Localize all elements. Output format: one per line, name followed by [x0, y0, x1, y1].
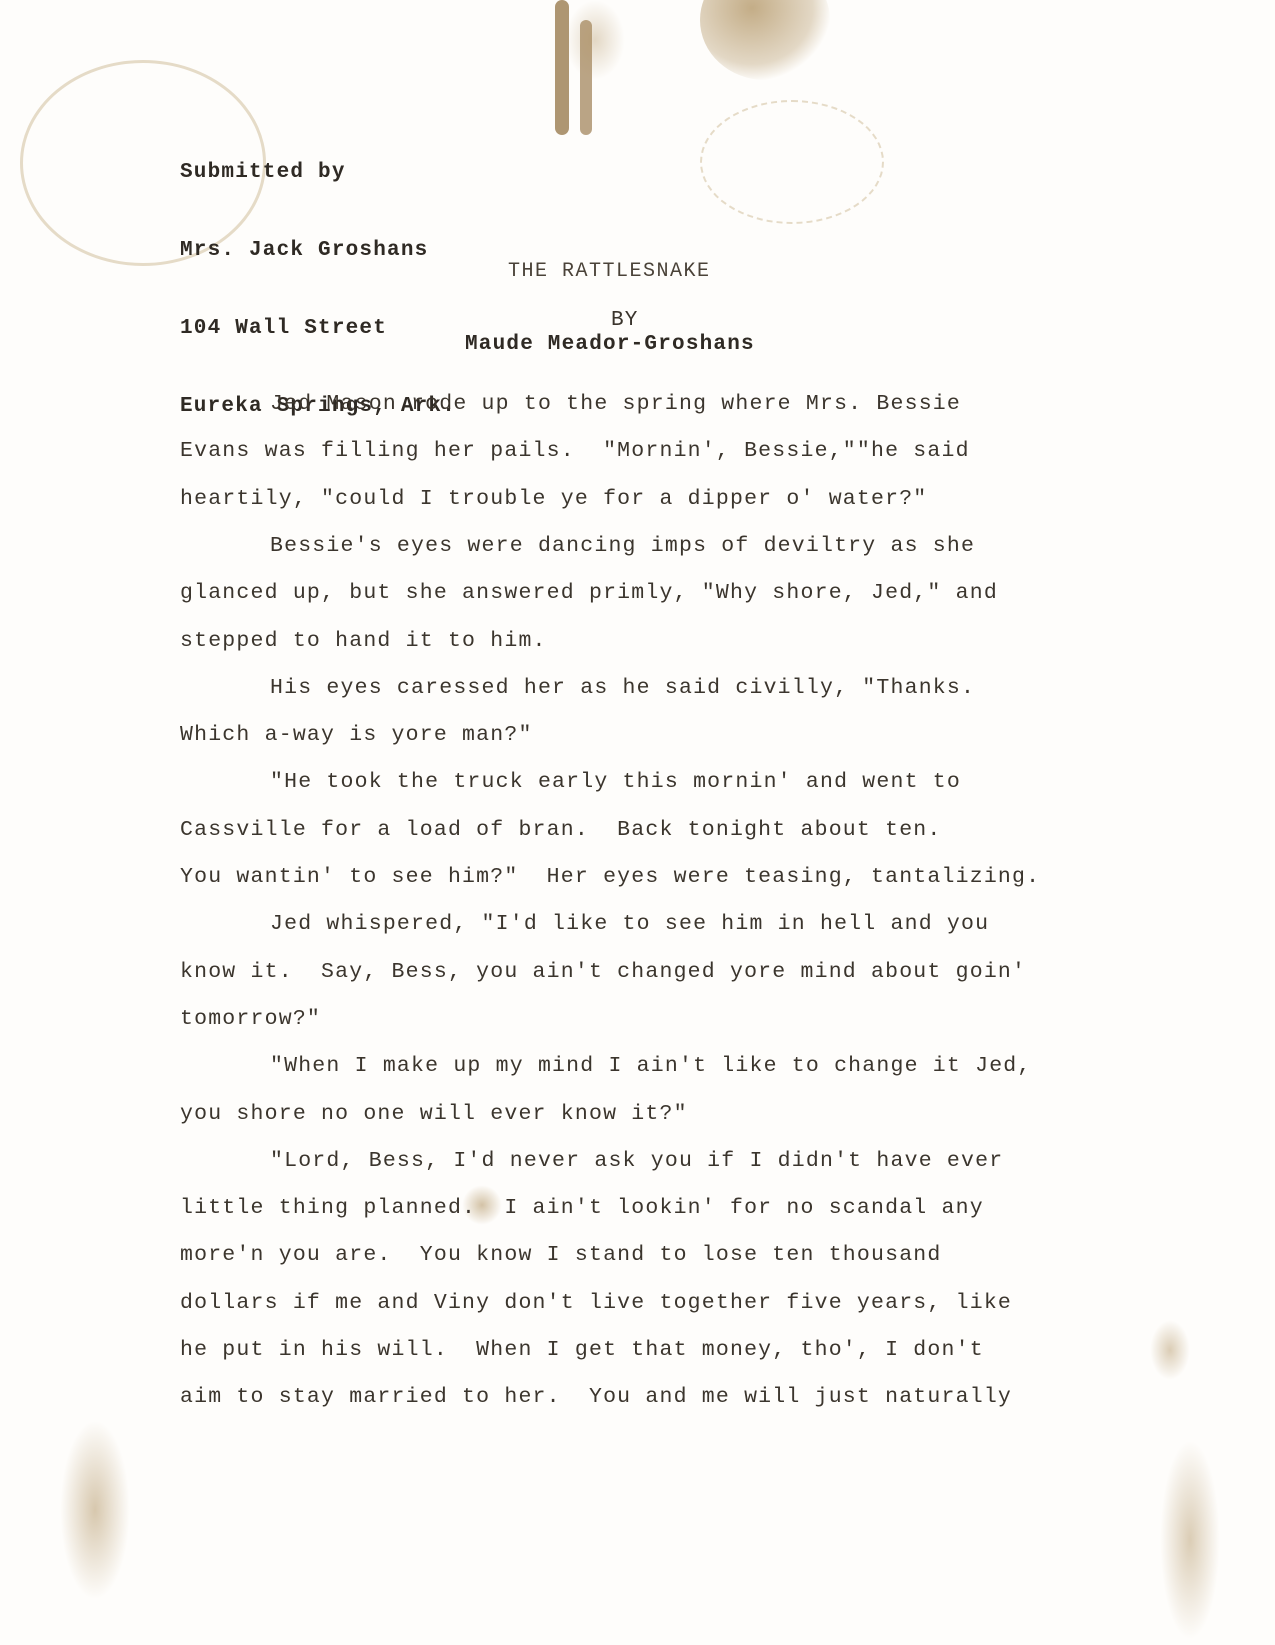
stain-drip-left [555, 0, 569, 135]
body-line: "When I make up my mind I ain't like to … [180, 1054, 1032, 1078]
body-line: "He took the truck early this mornin' an… [180, 770, 961, 794]
stain-bottom-left [60, 1420, 130, 1600]
body-line: little thing planned. I ain't lookin' fo… [180, 1196, 984, 1220]
body-line: Bessie's eyes were dancing imps of devil… [180, 534, 975, 558]
submitter-block: Submitted by Mrs. Jack Groshans 104 Wall… [180, 108, 456, 472]
stain-ring-mid [700, 100, 884, 224]
body-line: glanced up, but she answered primly, "Wh… [180, 581, 998, 605]
body-line: heartily, "could I trouble ye for a dipp… [180, 487, 927, 511]
stain-drip-right [580, 20, 592, 135]
body-line: Evans was filling her pails. "Mornin', B… [180, 439, 970, 463]
body-line: tomorrow?" [180, 1007, 321, 1031]
submitter-line: Submitted by [180, 160, 456, 186]
stain-bottom-right [1160, 1440, 1220, 1640]
byline-label: BY [611, 309, 639, 332]
body-line: he put in his will. When I get that mone… [180, 1338, 984, 1362]
body-line: Jed whispered, "I'd like to see him in h… [180, 912, 989, 936]
body-line: "Lord, Bess, I'd never ask you if I didn… [180, 1149, 1003, 1173]
body-line: dollars if me and Viny don't live togeth… [180, 1291, 1012, 1315]
body-line: aim to stay married to her. You and me w… [180, 1385, 1012, 1409]
submitter-line: Mrs. Jack Groshans [180, 238, 456, 264]
stain-drip-haze [565, 0, 625, 80]
body-line: more'n you are. You know I stand to lose… [180, 1243, 942, 1267]
body-line: His eyes caressed her as he said civilly… [180, 676, 975, 700]
body-line: know it. Say, Bess, you ain't changed yo… [180, 960, 1026, 984]
body-line: Which a-way is yore man?" [180, 723, 533, 747]
body-line: stepped to hand it to him. [180, 629, 547, 653]
stain-right-edge [1150, 1320, 1190, 1380]
document-page: Submitted by Mrs. Jack Groshans 104 Wall… [0, 0, 1275, 1645]
submitter-line: 104 Wall Street [180, 316, 456, 342]
body-line: You wantin' to see him?" Her eyes were t… [180, 865, 1040, 889]
author-name: Maude Meador-Groshans [465, 333, 755, 356]
body-line: you shore no one will ever know it?" [180, 1102, 688, 1126]
body-line: Cassville for a load of bran. Back tonig… [180, 818, 942, 842]
body-line: Jed Mason rode up to the spring where Mr… [180, 392, 961, 416]
stain-top-center [700, 0, 830, 80]
story-title: THE RATTLESNAKE [508, 260, 711, 283]
